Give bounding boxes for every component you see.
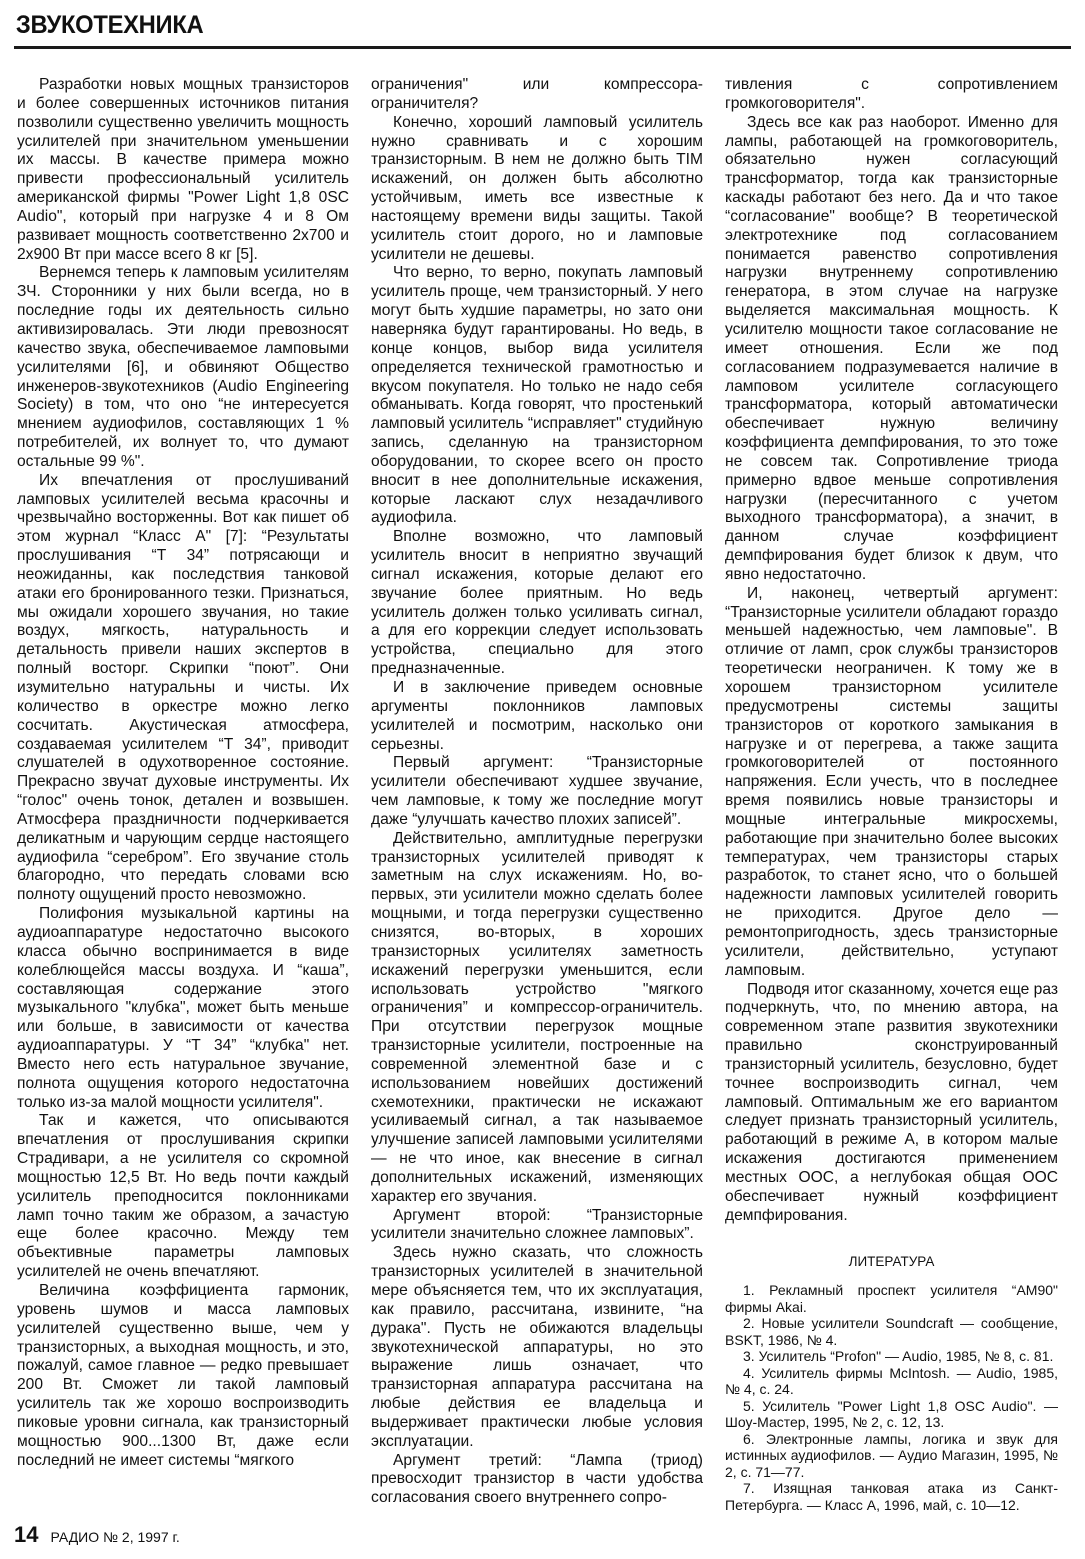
paragraph: Что верно, то верно, покупать ламповый у… bbox=[371, 264, 703, 528]
reference-item: 5. Усилитель "Power Light 1,8 OSC Audio"… bbox=[725, 1398, 1058, 1431]
page-header: ЗВУКОТЕХНИКА bbox=[14, 10, 1071, 49]
paragraph: Их впечатления от прослушиваний ламповых… bbox=[17, 472, 349, 905]
references-title: ЛИТЕРАТУРА bbox=[725, 1253, 1058, 1272]
issue-info: РАДИО № 2, 1997 г. bbox=[50, 1529, 179, 1545]
paragraph: Величина коэффициента гармоник, уровень … bbox=[17, 1282, 349, 1470]
reference-item: 6. Электронные лампы, логика и звук для … bbox=[725, 1431, 1058, 1481]
paragraph: И, наконец, четвертый аргумент: “Транзис… bbox=[725, 585, 1058, 981]
reference-item: 2. Новые усилители Soundcraft — сообщени… bbox=[725, 1315, 1058, 1348]
article-column-2: ограничения" или компрессора-ограничител… bbox=[371, 76, 703, 1508]
page-footer: 14 РАДИО № 2, 1997 г. bbox=[14, 1522, 180, 1548]
paragraph: Так и кажется, что описываются впечатлен… bbox=[17, 1112, 349, 1282]
references-list: 1. Рекламный проспект усилителя “AM90" ф… bbox=[725, 1282, 1058, 1513]
page-number: 14 bbox=[14, 1522, 38, 1548]
paragraph: Вполне возможно, что ламповый усилитель … bbox=[371, 528, 703, 679]
paragraph: Вернемся теперь к ламповым усилителям ЗЧ… bbox=[17, 264, 349, 471]
paragraph: Разработки новых мощных транзисторов и б… bbox=[17, 76, 349, 264]
paragraph-continuation: ограничения" или компрессора-ограничител… bbox=[371, 76, 703, 114]
section-title: ЗВУКОТЕХНИКА bbox=[14, 10, 1018, 40]
paragraph-continuation: тивления с сопротивлением громкоговорите… bbox=[725, 76, 1058, 114]
paragraph: Полифония музыкальной картины на аудиоап… bbox=[17, 905, 349, 1112]
paragraph: Подводя итог сказанному, хочется еще раз… bbox=[725, 981, 1058, 1226]
reference-item: 1. Рекламный проспект усилителя “AM90" ф… bbox=[725, 1282, 1058, 1315]
paragraph: Аргумент третий: “Лампа (триод) превосхо… bbox=[371, 1452, 703, 1509]
reference-item: 3. Усилитель “Profon" — Audio, 1985, № 8… bbox=[725, 1348, 1058, 1365]
reference-item: 4. Усилитель фирмы McIntosh. — Audio, 19… bbox=[725, 1365, 1058, 1398]
paragraph: Конечно, хороший ламповый усилитель нужн… bbox=[371, 114, 703, 265]
paragraph: Здесь нужно сказать, что сложность транз… bbox=[371, 1244, 703, 1451]
article-column-1: Разработки новых мощных транзисторов и б… bbox=[17, 76, 349, 1470]
paragraph: Здесь все как раз наоборот. Именно для л… bbox=[725, 114, 1058, 585]
header-rule bbox=[14, 46, 1071, 49]
paragraph: Аргумент второй: “Транзисторные усилител… bbox=[371, 1207, 703, 1245]
paragraph: И в заключение приведем основные аргумен… bbox=[371, 679, 703, 754]
paragraph: Действительно, амплитудные перегрузки тр… bbox=[371, 830, 703, 1207]
article-column-3: тивления с сопротивлением громкоговорите… bbox=[725, 76, 1058, 1513]
paragraph: Первый аргумент: “Транзисторные усилител… bbox=[371, 754, 703, 829]
reference-item: 7. Изящная танковая атака из Санкт-Петер… bbox=[725, 1480, 1058, 1513]
